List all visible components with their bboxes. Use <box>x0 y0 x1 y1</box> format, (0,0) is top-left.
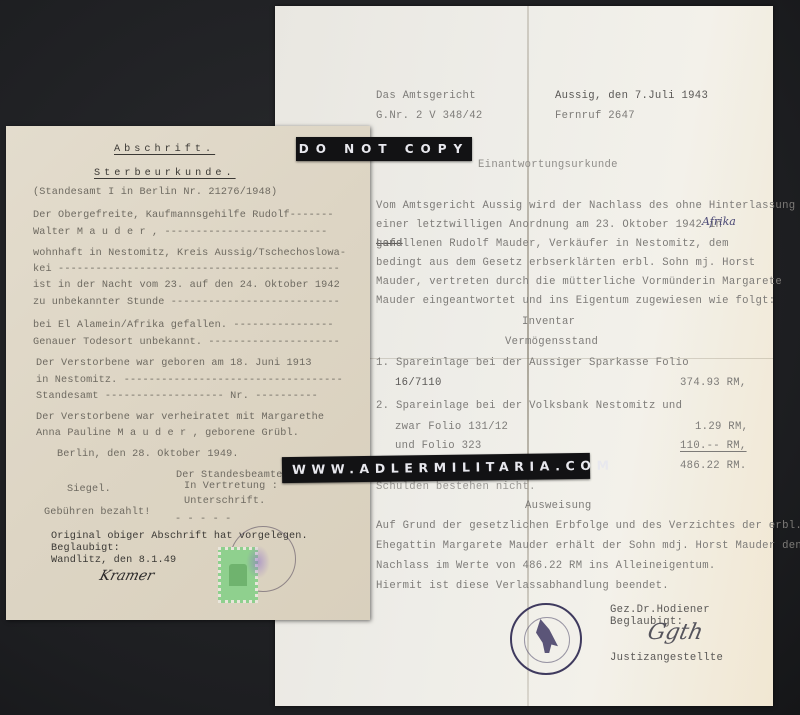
assignment-line: Auf Grund der gesetzlichen Erbfolge und … <box>376 520 800 532</box>
debts-line: Schulden bestehen nicht. <box>376 481 536 493</box>
fees-paid: Gebühren bezahlt! <box>44 507 150 518</box>
signed-by: Gez.Dr.Hodiener <box>610 604 710 616</box>
record-line: Anna Pauline M a u d e r , geborene Grüb… <box>36 428 299 439</box>
eagle-emblem-icon <box>229 564 247 586</box>
record-line: Walter M a u d e r , -------------------… <box>33 227 327 238</box>
watermark-website: WWW.ADLERMILITARIA.COM <box>282 453 590 483</box>
inventory-item-folio: zwar Folio 131/12 <box>395 421 508 433</box>
signature-left: Kramer <box>98 568 156 584</box>
inventory-heading: Inventar <box>522 316 575 328</box>
body-line: Mauder, vertreten durch die mütterliche … <box>376 276 782 288</box>
inventory-item-amount: 1.29 RM, <box>695 421 748 433</box>
court-name: Das Amtsgericht <box>376 90 476 102</box>
record-line: wohnhaft in Nestomitz, Kreis Aussig/Tsch… <box>33 248 346 259</box>
record-line: Der Verstorbene war verheiratet mit Marg… <box>36 412 324 423</box>
record-line: kei ------------------------------------… <box>33 264 340 275</box>
record-line: Der Verstorbene war geboren am 18. Juni … <box>36 358 312 369</box>
body-line: einer letztwilligen Anordnung am 23. Okt… <box>376 219 722 231</box>
body-line: Vom Amtsgericht Aussig wird der Nachlass… <box>376 200 795 212</box>
inventory-item-text: 1. Spareinlage bei der Aussiger Sparkass… <box>376 357 689 369</box>
phone-number: Fernruf 2647 <box>555 110 635 122</box>
body-line: Mauder eingeantwortet und ins Eigentum z… <box>376 295 775 307</box>
official-title: Der Standesbeamte <box>176 470 282 481</box>
place-date: Aussig, den 7.Juli 1943 <box>555 90 708 102</box>
watermark-do-not-copy: DO NOT COPY <box>296 137 472 161</box>
court-seal-stamp <box>510 603 582 675</box>
assignment-line: Hiermit ist diese Verlassabhandlung been… <box>376 580 669 592</box>
record-line: Genauer Todesort unbekannt. ------------… <box>33 337 340 348</box>
registry-number: (Standesamt I in Berlin Nr. 21276/1948) <box>33 187 277 198</box>
official-deputy: In Vertretung : <box>184 481 278 492</box>
record-line: Standesamt ------------------- Nr. -----… <box>36 391 318 402</box>
record-line: zu unbekannter Stunde ------------------… <box>33 297 340 308</box>
record-line: ist in der Nacht vom 23. auf den 24. Okt… <box>33 280 340 291</box>
assignment-line: Ehegattin Margarete Mauder erhält der So… <box>376 540 800 552</box>
inventory-item-folio: und Folio 323 <box>395 440 482 452</box>
assignment-line: Nachlass im Werte von 486.22 RM ins Alle… <box>376 560 716 572</box>
record-line: bei El Alamein/Afrika gefallen. --------… <box>33 320 334 331</box>
document-title: Abschrift. <box>114 144 215 155</box>
separator-dashes: - - - - - <box>175 514 231 525</box>
official-title: Justizangestellte <box>610 652 723 664</box>
case-number: G.Nr. 2 V 348/42 <box>376 110 483 122</box>
signature-right: Ggth <box>645 620 705 645</box>
document-title: Einantwortungsurkunde <box>478 159 618 171</box>
handwritten-insert: Afrika <box>702 215 736 228</box>
record-line: Der Obergefreite, Kaufmannsgehilfe Rudol… <box>33 210 334 221</box>
record-line: in Nestomitz. --------------------------… <box>36 375 343 386</box>
assets-heading: Vermögensstand <box>505 336 598 348</box>
signature-label: Unterschrift. <box>184 496 265 507</box>
certification-line: Wandlitz, den 8.1.49 <box>51 555 176 566</box>
document-subtitle: Sterbeurkunde. <box>94 168 236 179</box>
fold-crease-vertical <box>527 6 529 706</box>
inventory-item-folio: 16/7110 <box>395 377 442 389</box>
assignment-heading: Ausweisung <box>525 500 592 512</box>
ink-stamp-mark <box>246 545 270 579</box>
certification-line: Beglaubigt: <box>51 543 120 554</box>
place-date: Berlin, den 28. Oktober 1949. <box>57 449 239 460</box>
body-line: bedingt aus dem Gesetz erbserklärten erb… <box>376 257 755 269</box>
seal-label: Siegel. <box>67 484 111 495</box>
inventory-item-text: 2. Spareinlage bei der Volksbank Nestomi… <box>376 400 682 412</box>
inventory-item-amount: 110.-- RM, <box>680 440 747 452</box>
inventory-total: 486.22 RM. <box>680 460 747 472</box>
body-line: gefallenen Rudolf Mauder, Verkäufer in N… <box>376 238 729 250</box>
inventory-item-amount: 374.93 RM, <box>680 377 747 389</box>
